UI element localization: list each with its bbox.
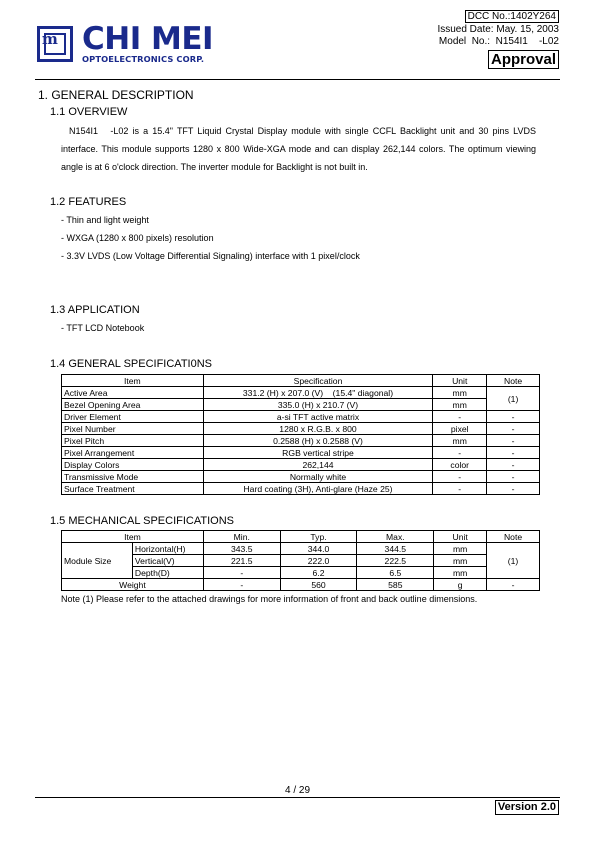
item-cell: Display Colors (62, 459, 204, 471)
feature-item: - WXGA (1280 x 800 pixels) resolution (61, 233, 214, 243)
column-header: Max. (357, 531, 434, 543)
typ-cell: 6.2 (280, 567, 357, 579)
note-cell: (1) (487, 387, 540, 411)
min-cell: 221.5 (203, 555, 280, 567)
column-header: Unit (434, 531, 487, 543)
unit-cell: mm (433, 387, 487, 399)
unit-cell: mm (434, 567, 487, 579)
column-header: Min. (203, 531, 280, 543)
item-cell: Pixel Number (62, 423, 204, 435)
general-specs-heading: 1.4 GENERAL SPECIFICATI0NS (50, 358, 212, 370)
item-cell: Active Area (62, 387, 204, 399)
spec-cell: 262,144 (203, 459, 433, 471)
column-header: Unit (433, 375, 487, 387)
spec-cell: RGB vertical stripe (203, 447, 433, 459)
spec-cell: Normally white (203, 471, 433, 483)
table-row: Module SizeHorizontal(H)343.5344.0344.5m… (62, 543, 540, 555)
note-cell: - (487, 579, 540, 591)
table-row: Vertical(V)221.5222.0222.5mm (62, 555, 540, 567)
header-divider (35, 79, 560, 80)
application-item: - TFT LCD Notebook (61, 323, 144, 333)
unit-cell: mm (434, 555, 487, 567)
item-cell: Depth(D) (132, 567, 203, 579)
cmo-logo-icon: m (37, 26, 73, 62)
column-header: Item (62, 375, 204, 387)
application-heading: 1.3 APPLICATION (50, 304, 140, 316)
note-cell: - (487, 447, 540, 459)
footer-divider (35, 797, 560, 798)
min-cell: - (203, 579, 280, 591)
overview-text: N154I1 -L02 is a 15.4" TFT Liquid Crysta… (61, 122, 536, 176)
max-cell: 222.5 (357, 555, 434, 567)
unit-cell: mm (434, 543, 487, 555)
typ-cell: 344.0 (280, 543, 357, 555)
item-cell: Pixel Pitch (62, 435, 204, 447)
logo-glyph: m (42, 32, 57, 46)
unit-cell: color (433, 459, 487, 471)
spec-cell: 1280 x R.G.B. x 800 (203, 423, 433, 435)
table-row: Pixel Pitch0.2588 (H) x 0.2588 (V)mm- (62, 435, 540, 447)
unit-cell: mm (433, 435, 487, 447)
mechanical-note: Note (1) Please refer to the attached dr… (61, 594, 477, 604)
unit-cell: - (433, 471, 487, 483)
item-cell: Driver Element (62, 411, 204, 423)
features-heading: 1.2 FEATURES (50, 196, 126, 208)
table-row: Pixel Number1280 x R.G.B. x 800pixel- (62, 423, 540, 435)
approval-badge: Approval (488, 50, 559, 69)
table-row: Surface TreatmentHard coating (3H), Anti… (62, 483, 540, 495)
typ-cell: 560 (280, 579, 357, 591)
max-cell: 585 (357, 579, 434, 591)
item-cell: Pixel Arrangement (62, 447, 204, 459)
table-header-row: ItemSpecificationUnitNote (62, 375, 540, 387)
overview-heading: 1.1 OVERVIEW (50, 106, 127, 118)
model-number: Model No.: N154I1 -L02 (437, 36, 559, 49)
unit-cell: pixel (433, 423, 487, 435)
spec-cell: 331.2 (H) x 207.0 (V) (15.4" diagonal) (203, 387, 433, 399)
section-title: 1. GENERAL DESCRIPTION (38, 88, 194, 102)
note-cell: - (487, 471, 540, 483)
table-row: Driver Elementa-si TFT active matrix-- (62, 411, 540, 423)
column-header: Note (487, 375, 540, 387)
document-meta: DCC No.:1402Y264 Issued Date: May. 15, 2… (437, 10, 559, 69)
note-cell: - (487, 459, 540, 471)
note-cell: - (487, 435, 540, 447)
page-number: 4 / 29 (0, 785, 595, 796)
column-header: Item (62, 531, 204, 543)
table-header-row: ItemMin.Typ.Max.UnitNote (62, 531, 540, 543)
dcc-number: DCC No.:1402Y264 (465, 10, 559, 23)
spec-cell: 0.2588 (H) x 0.2588 (V) (203, 435, 433, 447)
overview-paragraph: N154I1 -L02 is a 15.4" TFT Liquid Crysta… (61, 122, 536, 176)
unit-cell: mm (433, 399, 487, 411)
item-cell: Horizontal(H) (132, 543, 203, 555)
max-cell: 344.5 (357, 543, 434, 555)
feature-item: - 3.3V LVDS (Low Voltage Differential Si… (61, 251, 360, 261)
min-cell: 343.5 (203, 543, 280, 555)
note-cell: - (487, 423, 540, 435)
table-row: Weight-560585g- (62, 579, 540, 591)
feature-item: - Thin and light weight (61, 215, 149, 225)
item-cell: Bezel Opening Area (62, 399, 204, 411)
note-cell: (1) (487, 543, 540, 579)
item-cell: Weight (62, 579, 204, 591)
table-row: Bezel Opening Area335.0 (H) x 210.7 (V)m… (62, 399, 540, 411)
company-logo: m CHI MEI OPTOELECTRONICS CORP. (37, 26, 237, 66)
column-header: Typ. (280, 531, 357, 543)
table-row: Pixel ArrangementRGB vertical stripe-- (62, 447, 540, 459)
general-specs-table: ItemSpecificationUnitNoteActive Area331.… (61, 374, 540, 495)
column-header: Note (487, 531, 540, 543)
spec-cell: 335.0 (H) x 210.7 (V) (203, 399, 433, 411)
mechanical-specs-table: ItemMin.Typ.Max.UnitNoteModule SizeHoriz… (61, 530, 540, 591)
issued-date: Issued Date: May. 15, 2003 (437, 24, 559, 37)
typ-cell: 222.0 (280, 555, 357, 567)
note-cell: - (487, 483, 540, 495)
company-name: CHI MEI (82, 22, 213, 56)
group-label-cell: Module Size (62, 543, 133, 579)
spec-cell: Hard coating (3H), Anti-glare (Haze 25) (203, 483, 433, 495)
min-cell: - (203, 567, 280, 579)
mechanical-specs-heading: 1.5 MECHANICAL SPECIFICATIONS (50, 515, 234, 527)
table-row: Active Area331.2 (H) x 207.0 (V) (15.4" … (62, 387, 540, 399)
unit-cell: - (433, 447, 487, 459)
company-subtitle: OPTOELECTRONICS CORP. (82, 54, 204, 64)
unit-cell: g (434, 579, 487, 591)
unit-cell: - (433, 411, 487, 423)
table-row: Depth(D)-6.26.5mm (62, 567, 540, 579)
item-cell: Transmissive Mode (62, 471, 204, 483)
max-cell: 6.5 (357, 567, 434, 579)
table-row: Display Colors262,144color- (62, 459, 540, 471)
column-header: Specification (203, 375, 433, 387)
version-badge: Version 2.0 (495, 800, 559, 815)
item-cell: Vertical(V) (132, 555, 203, 567)
item-cell: Surface Treatment (62, 483, 204, 495)
spec-cell: a-si TFT active matrix (203, 411, 433, 423)
note-cell: - (487, 411, 540, 423)
table-row: Transmissive ModeNormally white-- (62, 471, 540, 483)
unit-cell: - (433, 483, 487, 495)
